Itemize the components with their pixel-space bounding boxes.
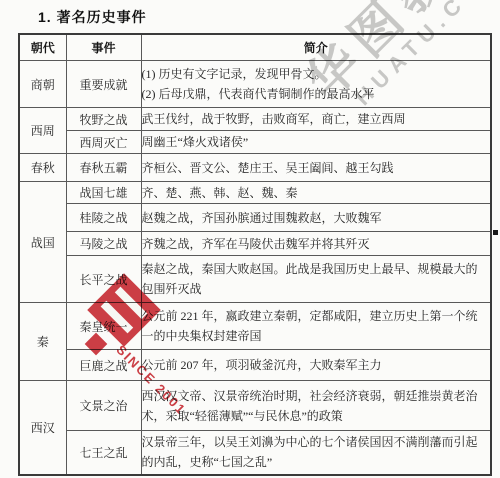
dynasty-cell: 西周 <box>19 108 66 154</box>
table-row: 秦秦皇统一公元前 221 年，嬴政建立秦朝，定都咸阳，建立历史上第一个统一的中央… <box>19 303 491 350</box>
summary-line: 齐桓公、晋文公、楚庄王、吴王阖闾、越王勾践 <box>142 158 491 178</box>
summary-line: 周幽王“烽火戏诸侯” <box>142 132 491 152</box>
summary-line: 术，采取“轻徭薄赋”“与民休息”的政策 <box>142 406 491 426</box>
table-row: 商朝重要成就(1) 历史有文字记录，发现甲骨文。(2) 后母戊鼎，代表商代青铜制… <box>19 61 491 108</box>
summary-line: 西汉汉文帝、汉景帝统治时期，社会经济衰弱，朝廷推崇黄老治 <box>142 386 491 406</box>
table-row: 长平之战秦赵之战，秦国大败赵国。此战是我国历史上最早、规模最大的包围歼灭战 <box>19 256 491 303</box>
dynasty-cell: 秦 <box>19 303 66 381</box>
summary-cell: 公元前 221 年，嬴政建立秦朝，定都咸阳，建立历史上第一个统一的中央集权封建帝… <box>141 303 491 350</box>
document-page: 华图教育 HUATU.COM SINCE 2001 1. 著名历史事件 朝代 事… <box>0 0 500 478</box>
summary-line: 汉景帝三年，以吴王刘濞为中心的七个诸侯国因不满削藩而引起 <box>142 432 491 452</box>
summary-line: 公元前 221 年，嬴政建立秦朝，定都咸阳，建立历史上第一个统 <box>142 306 491 326</box>
table-row: 七王之乱汉景帝三年，以吴王刘濞为中心的七个诸侯国因不满削藩而引起的内乱，史称“七… <box>19 431 491 475</box>
summary-line: (2) 后母戊鼎，代表商代青铜制作的最高水平 <box>142 84 491 104</box>
summary-line: 的内乱，史称“七国之乱” <box>142 452 491 472</box>
event-cell: 马陵之战 <box>66 232 141 256</box>
events-table: 朝代 事件 简介 商朝重要成就(1) 历史有文字记录，发现甲骨文。(2) 后母戊… <box>18 33 492 476</box>
summary-line: 秦赵之战，秦国大败赵国。此战是我国历史上最早、规模最大的 <box>142 259 491 279</box>
event-cell: 重要成就 <box>66 61 141 108</box>
event-cell: 牧野之战 <box>66 108 141 131</box>
dynasty-cell: 战国 <box>19 182 66 303</box>
header-summary: 简介 <box>141 34 491 61</box>
event-cell: 西周灭亡 <box>66 131 141 154</box>
event-cell: 七王之乱 <box>66 431 141 475</box>
summary-line: 齐、楚、燕、韩、赵、魏、秦 <box>142 183 491 203</box>
event-cell: 秦皇统一 <box>66 303 141 350</box>
page-title: 1. 著名历史事件 <box>38 7 147 27</box>
table-row: 巨鹿之战公元前 207 年，项羽破釜沉舟，大败秦军主力 <box>19 350 491 381</box>
event-cell: 战国七雄 <box>66 182 141 204</box>
table-row: 西周牧野之战武王伐纣，战于牧野，击败商军，商亡，建立西周 <box>19 108 491 131</box>
event-cell: 巨鹿之战 <box>66 350 141 381</box>
dynasty-cell: 西汉 <box>19 381 66 475</box>
summary-cell: 西汉汉文帝、汉景帝统治时期，社会经济衰弱，朝廷推崇黄老治术，采取“轻徭薄赋”“与… <box>141 381 491 431</box>
summary-cell: 周幽王“烽火戏诸侯” <box>141 131 491 154</box>
summary-cell: 武王伐纣，战于牧野，击败商军，商亡，建立西周 <box>141 108 491 131</box>
summary-cell: 赵魏之战，齐国孙膑通过围魏救赵，大败魏军 <box>141 204 491 232</box>
header-dynasty: 朝代 <box>19 34 66 61</box>
event-cell: 春秋五霸 <box>66 154 141 182</box>
summary-line: 包围歼灭战 <box>142 279 491 299</box>
summary-cell: 齐魏之战，齐军在马陵伏击魏军并将其歼灭 <box>141 232 491 256</box>
table-row: 西汉文景之治西汉汉文帝、汉景帝统治时期，社会经济衰弱，朝廷推崇黄老治术，采取“轻… <box>19 381 491 431</box>
table-row: 西周灭亡周幽王“烽火戏诸侯” <box>19 131 491 154</box>
table-row: 马陵之战齐魏之战，齐军在马陵伏击魏军并将其歼灭 <box>19 232 491 256</box>
table-row: 桂陵之战赵魏之战，齐国孙膑通过围魏救赵，大败魏军 <box>19 204 491 232</box>
summary-cell: 秦赵之战，秦国大败赵国。此战是我国历史上最早、规模最大的包围歼灭战 <box>141 256 491 303</box>
event-cell: 文景之治 <box>66 381 141 431</box>
summary-line: 公元前 207 年，项羽破釜沉舟，大败秦军主力 <box>142 355 491 375</box>
dynasty-cell: 春秋 <box>19 154 66 182</box>
summary-cell: 汉景帝三年，以吴王刘濞为中心的七个诸侯国因不满削藩而引起的内乱，史称“七国之乱” <box>141 431 491 475</box>
summary-cell: 齐桓公、晋文公、楚庄王、吴王阖闾、越王勾践 <box>141 154 491 182</box>
dynasty-cell: 商朝 <box>19 61 66 108</box>
table-row: 春秋春秋五霸齐桓公、晋文公、楚庄王、吴王阖闾、越王勾践 <box>19 154 491 182</box>
summary-cell: 齐、楚、燕、韩、赵、魏、秦 <box>141 182 491 204</box>
summary-cell: 公元前 207 年，项羽破釜沉舟，大败秦军主力 <box>141 350 491 381</box>
event-cell: 桂陵之战 <box>66 204 141 232</box>
event-cell: 长平之战 <box>66 256 141 303</box>
summary-line: (1) 历史有文字记录，发现甲骨文。 <box>142 64 491 84</box>
summary-cell: (1) 历史有文字记录，发现甲骨文。(2) 后母戊鼎，代表商代青铜制作的最高水平 <box>141 61 491 108</box>
summary-line: 武王伐纣，战于牧野，击败商军，商亡，建立西周 <box>142 109 491 129</box>
header-event: 事件 <box>66 34 141 61</box>
edge-artifact-dot <box>493 230 498 235</box>
events-table-body: 商朝重要成就(1) 历史有文字记录，发现甲骨文。(2) 后母戊鼎，代表商代青铜制… <box>19 61 491 475</box>
summary-line: 赵魏之战，齐国孙膑通过围魏救赵，大败魏军 <box>142 208 491 228</box>
header-row: 朝代 事件 简介 <box>19 34 491 61</box>
summary-line: 一的中央集权封建帝国 <box>142 326 491 346</box>
summary-line: 齐魏之战，齐军在马陵伏击魏军并将其歼灭 <box>142 234 491 254</box>
table-row: 战国战国七雄齐、楚、燕、韩、赵、魏、秦 <box>19 182 491 204</box>
